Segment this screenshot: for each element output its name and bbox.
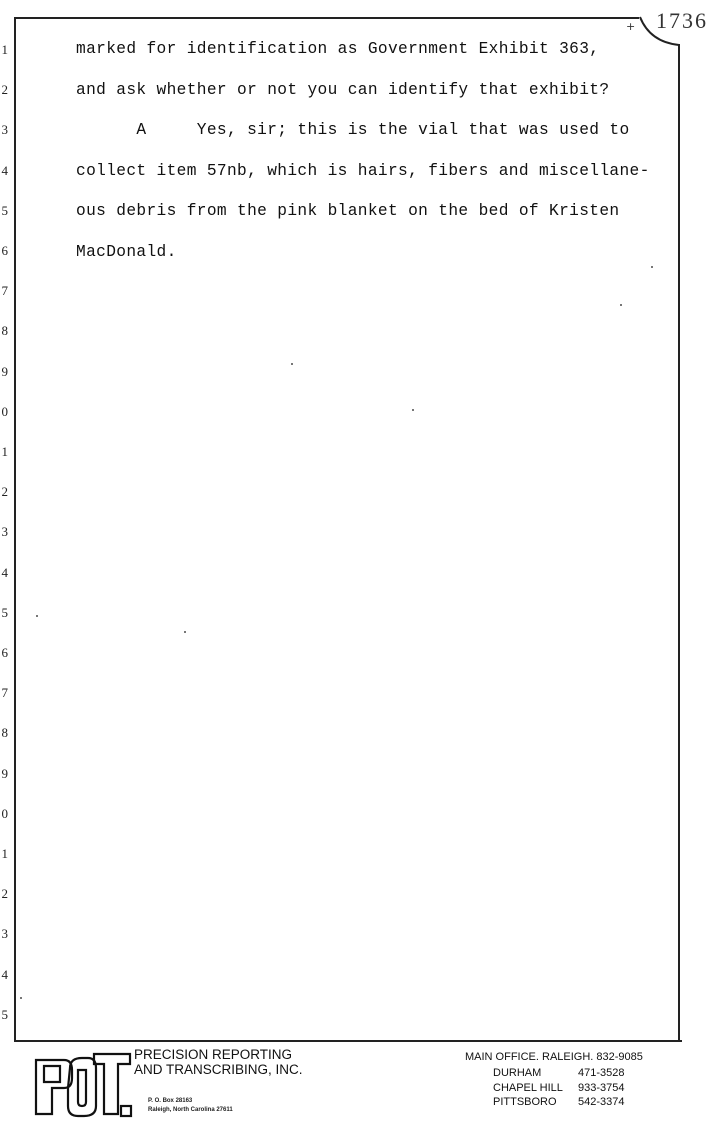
line-number: 0 (0, 806, 8, 822)
main-office: MAIN OFFICE. RALEIGH. 832-9085 (465, 1051, 643, 1063)
branch-phone: 542-3374 (578, 1096, 625, 1108)
branch-city: PITTSBORO (493, 1096, 557, 1108)
line-number: 4 (0, 163, 8, 179)
line-number: 1 (0, 42, 8, 58)
branch-city: CHAPEL HILL (493, 1082, 563, 1094)
line-number: 5 (0, 605, 8, 621)
branch-office: CHAPEL HILL933-3754 (493, 1082, 643, 1097)
line-number: 6 (0, 645, 8, 661)
line-number: 8 (0, 323, 8, 339)
line-number: 7 (0, 685, 8, 701)
line-number: 9 (0, 766, 8, 782)
line-number: 2 (0, 82, 8, 98)
page-number: 1736 (656, 8, 708, 34)
branch-city: DURHAM (493, 1067, 541, 1079)
transcript-line: ous debris from the pink blanket on the … (76, 202, 619, 220)
page-border-top (14, 17, 639, 19)
line-number: 4 (0, 967, 8, 983)
line-number: 7 (0, 283, 8, 299)
branch-phone: 471-3528 (578, 1067, 625, 1079)
company-name: PRECISION REPORTING AND TRANSCRIBING, IN… (134, 1047, 303, 1077)
line-number: 5 (0, 203, 8, 219)
line-number: 0 (0, 404, 8, 420)
line-number: 8 (0, 725, 8, 741)
line-number: 3 (0, 524, 8, 540)
line-number: 2 (0, 484, 8, 500)
transcript-line: A Yes, sir; this is the vial that was us… (76, 121, 630, 139)
transcript-line: collect item 57nb, which is hairs, fiber… (76, 162, 650, 180)
branch-office: PITTSBORO542-3374 (493, 1096, 643, 1111)
branch-phone: 933-3754 (578, 1082, 625, 1094)
office-phones: MAIN OFFICE. RALEIGH. 832-9085 DURHAM471… (465, 1051, 643, 1111)
plus-mark: + (626, 20, 635, 33)
company-address: P. O. Box 28163 Raleigh, North Carolina … (148, 1097, 233, 1115)
line-number: 3 (0, 926, 8, 942)
line-number: 1 (0, 444, 8, 460)
line-number: 2 (0, 886, 8, 902)
transcript-line: and ask whether or not you can identify … (76, 81, 609, 99)
line-number: 3 (0, 122, 8, 138)
line-number: 4 (0, 565, 8, 581)
line-number: 6 (0, 243, 8, 259)
company-logo (34, 1048, 134, 1118)
page-border-right (678, 44, 680, 1041)
line-number: 9 (0, 364, 8, 380)
line-number: 1 (0, 846, 8, 862)
branch-office: DURHAM471-3528 (493, 1067, 643, 1082)
line-number: 5 (0, 1007, 8, 1023)
transcript-line: marked for identification as Government … (76, 40, 599, 58)
transcript-line: MacDonald. (76, 243, 177, 261)
